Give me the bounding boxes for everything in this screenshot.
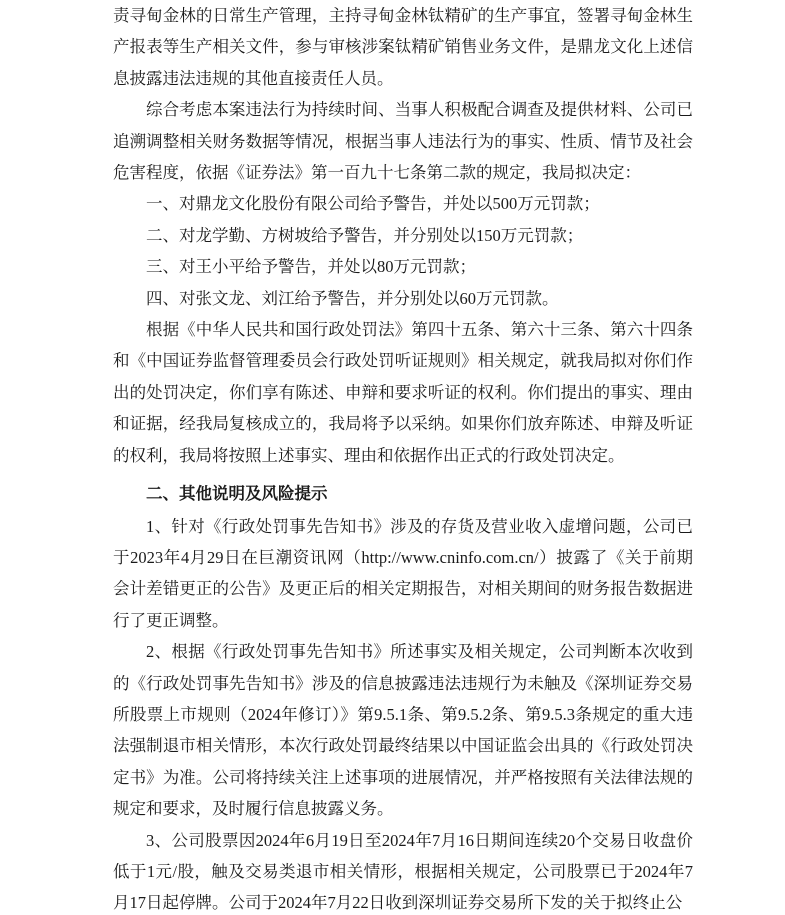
paragraph-hearing-rights: 根据《中华人民共和国行政处罚法》第四十五条、第六十三条、第六十四条和《中国证券监… — [113, 314, 693, 471]
document-body: 责寻甸金林的日常生产管理，主持寻甸金林钛精矿的生产事宜，签署寻甸金林生产报表等生… — [113, 0, 693, 915]
note-item-1: 1、针对《行政处罚事先告知书》涉及的存货及营业收入虚增问题，公司已于2023年4… — [113, 511, 693, 637]
penalty-item-3: 三、对王小平给予警告，并处以80万元罚款； — [113, 251, 693, 282]
paragraph-decision-intro: 综合考虑本案违法行为持续时间、当事人积极配合调查及提供材料、公司已追溯调整相关财… — [113, 94, 693, 188]
note-item-2: 2、根据《行政处罚事先告知书》所述事实及相关规定，公司判断本次收到的《行政处罚事… — [113, 636, 693, 824]
penalty-item-1: 一、对鼎龙文化股份有限公司给予警告，并处以500万元罚款； — [113, 188, 693, 219]
section-heading-other-notes: 二、其他说明及风险提示 — [113, 479, 693, 510]
document-page: 责寻甸金林的日常生产管理，主持寻甸金林钛精矿的生产事宜，签署寻甸金林生产报表等生… — [0, 0, 785, 915]
note-item-3: 3、公司股票因2024年6月19日至2024年7月16日期间连续20个交易日收盘… — [113, 825, 693, 915]
penalty-item-2: 二、对龙学勤、方树坡给予警告，并分别处以150万元罚款； — [113, 220, 693, 251]
paragraph-continuation: 责寻甸金林的日常生产管理，主持寻甸金林钛精矿的生产事宜，签署寻甸金林生产报表等生… — [113, 0, 693, 94]
penalty-item-4: 四、对张文龙、刘江给予警告，并分别处以60万元罚款。 — [113, 283, 693, 314]
